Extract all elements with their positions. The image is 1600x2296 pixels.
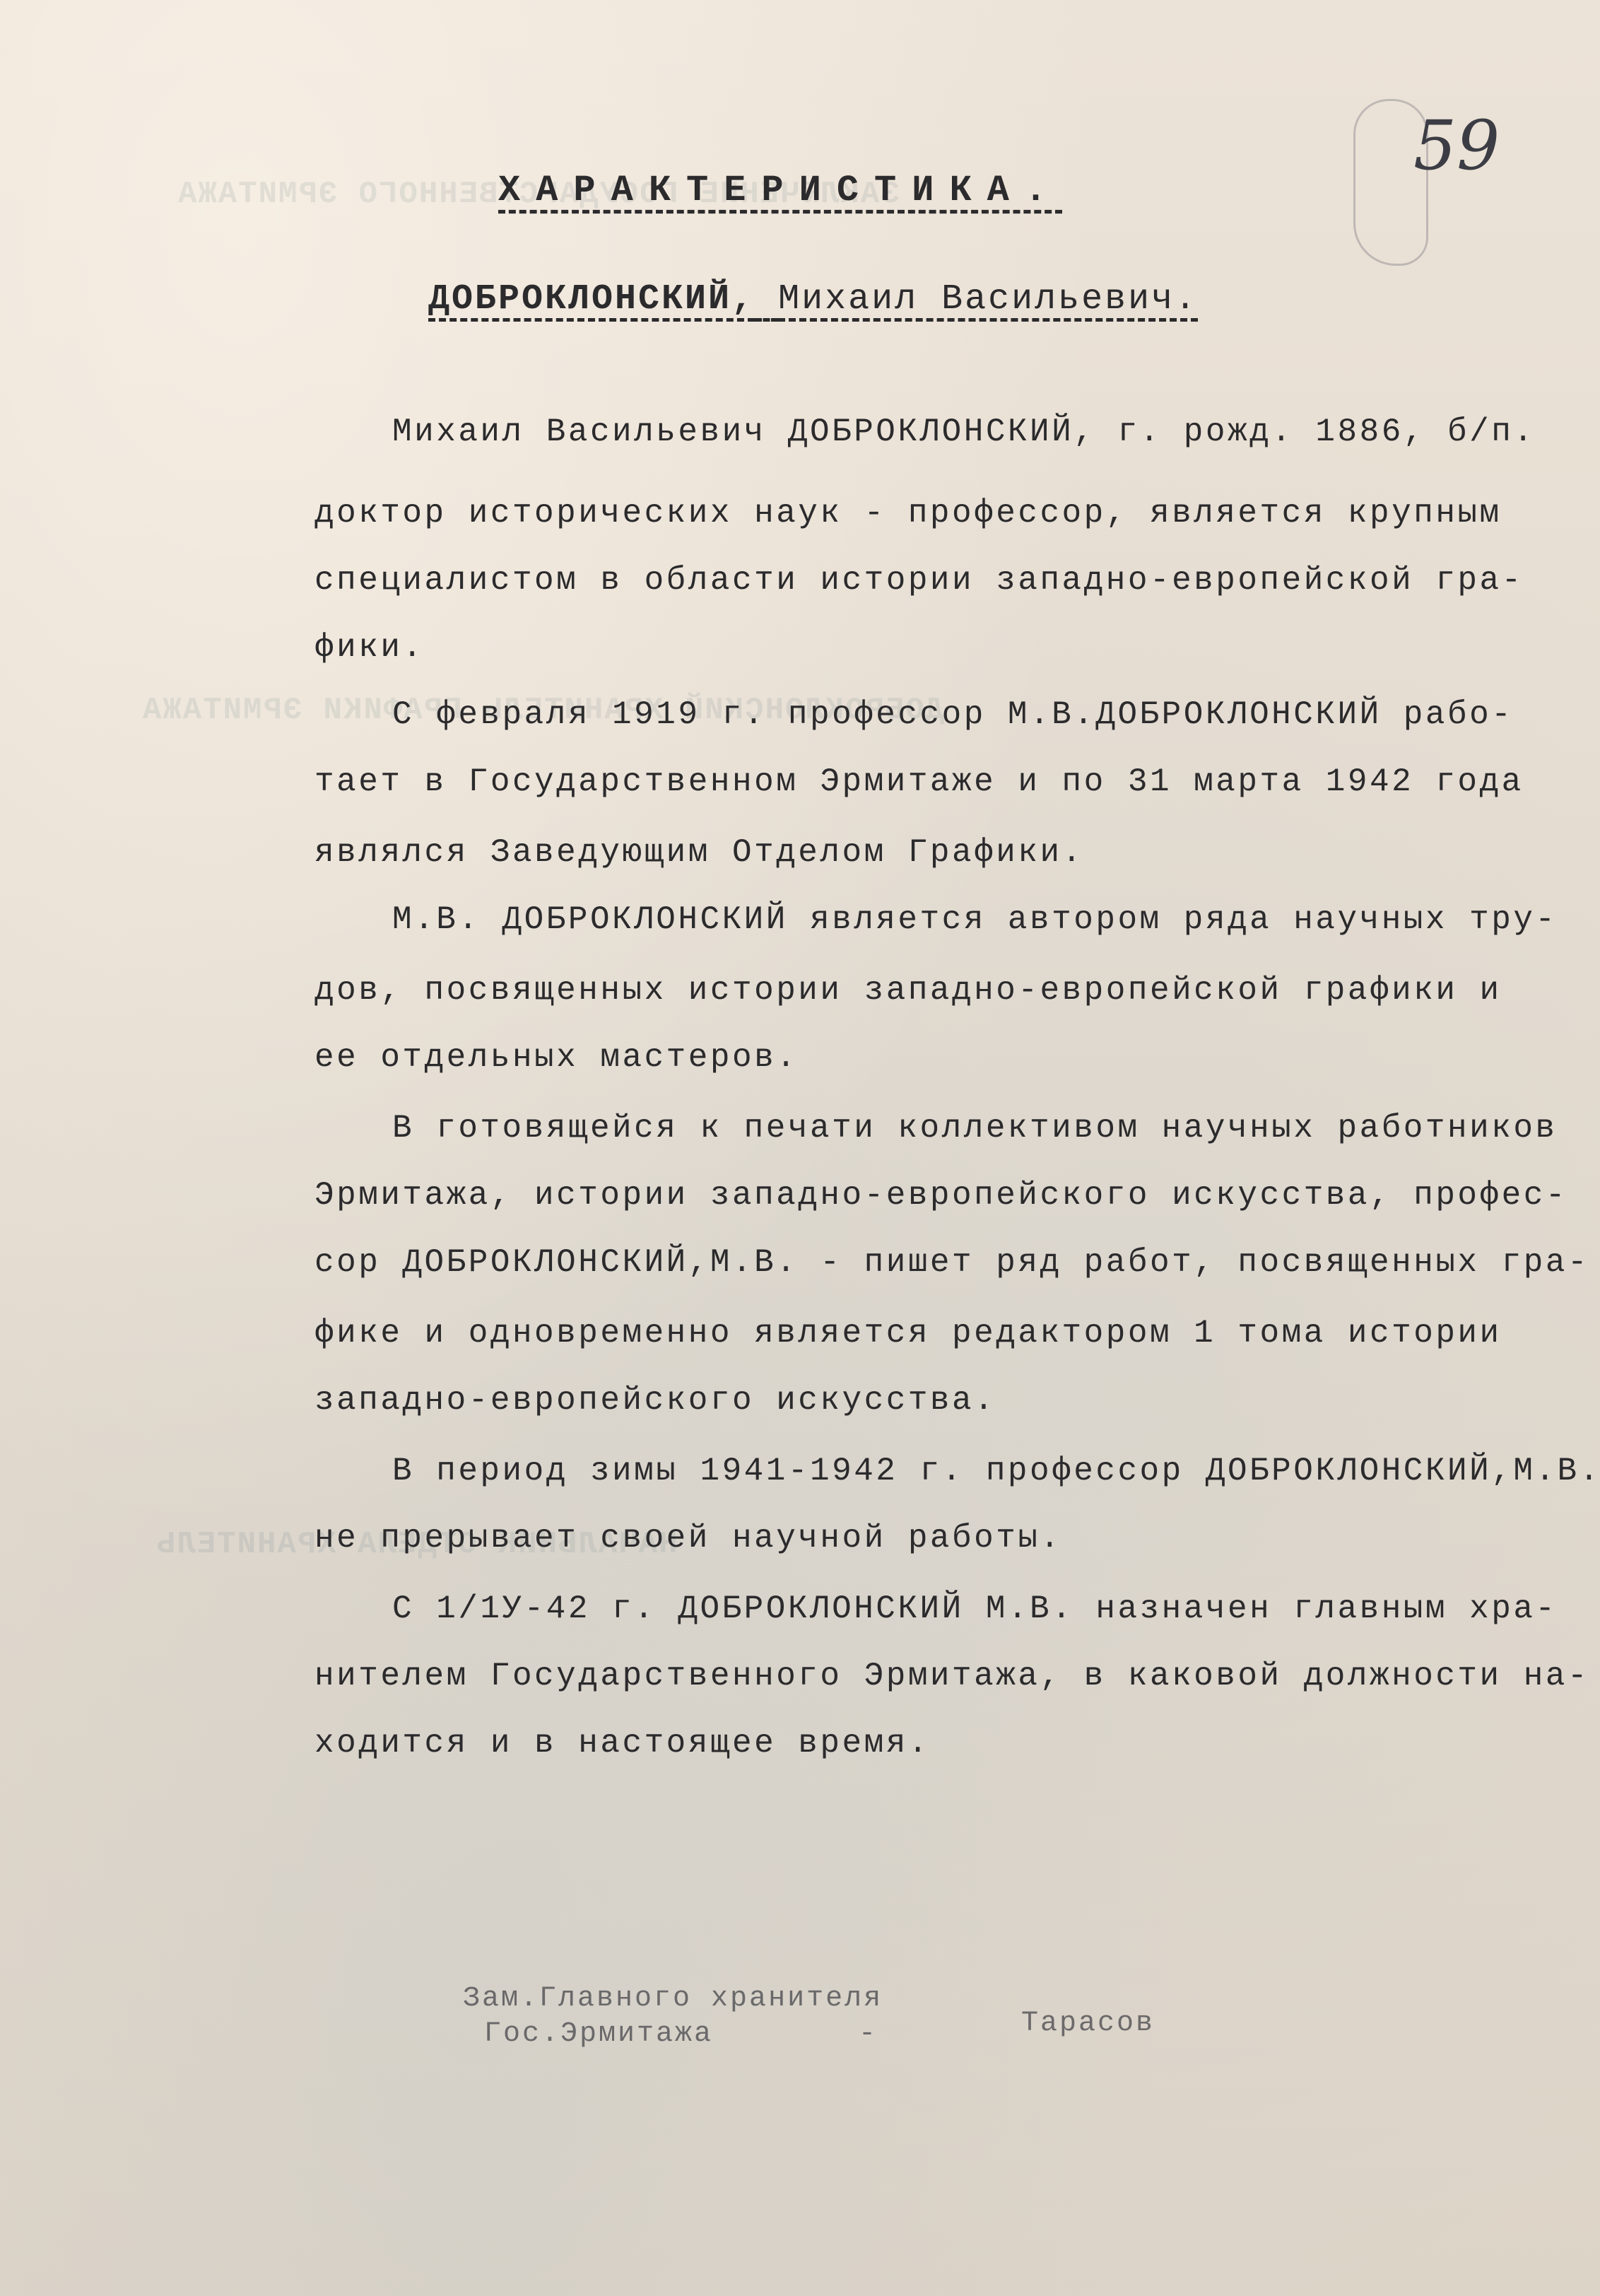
body-line: Михаил Васильевич ДОБРОКЛОНСКИЙ, г. рожд… <box>392 414 1535 450</box>
body-line: В период зимы 1941-1942 г. профессор ДОБ… <box>392 1453 1600 1489</box>
body-line: сор ДОБРОКЛОНСКИЙ,М.В. - пишет ряд работ… <box>314 1244 1589 1281</box>
body-line: фики. <box>314 629 425 666</box>
body-line: не прерывает своей научной работы. <box>314 1520 1062 1557</box>
body-line: Эрмитажа, истории западно-европейского и… <box>314 1177 1567 1214</box>
subject-heading: ДОБРОКЛОНСКИЙ, Михаил Васильевич. <box>428 279 1198 320</box>
body-line: специалистом в области истории западно-е… <box>314 562 1524 599</box>
signature-position-line1: Зам.Главного хранителя <box>463 1983 883 2015</box>
folio-number: 59 <box>1413 106 1500 185</box>
body-line: западно-европейского искусства. <box>314 1382 996 1419</box>
body-line: С 1/1У-42 г. ДОБРОКЛОНСКИЙ М.В. назначен… <box>392 1591 1558 1627</box>
body-line: доктор исторических наук - профессор, яв… <box>314 495 1502 532</box>
body-line: ходится и в настоящее время. <box>314 1725 930 1762</box>
body-line: являлся Заведующим Отделом Графики. <box>314 834 1084 871</box>
document-page: ЗАКЛЮЧЕНИЕ ГОСУДАРСТВЕННОГО ЭРМИТАЖА ДОБ… <box>0 0 1600 2296</box>
body-line: М.В. ДОБРОКЛОНСКИЙ является автором ряда… <box>392 901 1558 938</box>
body-line: дов, посвященных истории западно-европей… <box>314 972 1502 1009</box>
body-line: С февраля 1919 г. профессор М.В.ДОБРОКЛО… <box>392 696 1513 733</box>
body-line: нителем Государственного Эрмитажа, в как… <box>314 1658 1589 1694</box>
body-line: ее отдельных мастеров. <box>314 1039 798 1076</box>
subject-given-name: Михаил Васильевич. <box>778 279 1198 320</box>
signatory-name: Тарасов <box>1021 2008 1155 2039</box>
document-title: ХАРАКТЕРИСТИКА. <box>498 170 1062 211</box>
body-line: тает в Государственном Эрмитаже и по 31 … <box>314 763 1524 800</box>
signature-position-line2: Гос.Эрмитажа <box>484 2018 713 2050</box>
body-line: фике и одновременно является редактором … <box>314 1315 1502 1352</box>
signature-dash: - <box>859 2018 878 2050</box>
subject-surname: ДОБРОКЛОНСКИЙ, <box>428 279 755 320</box>
body-line: В готовящейся к печати коллективом научн… <box>392 1110 1558 1147</box>
